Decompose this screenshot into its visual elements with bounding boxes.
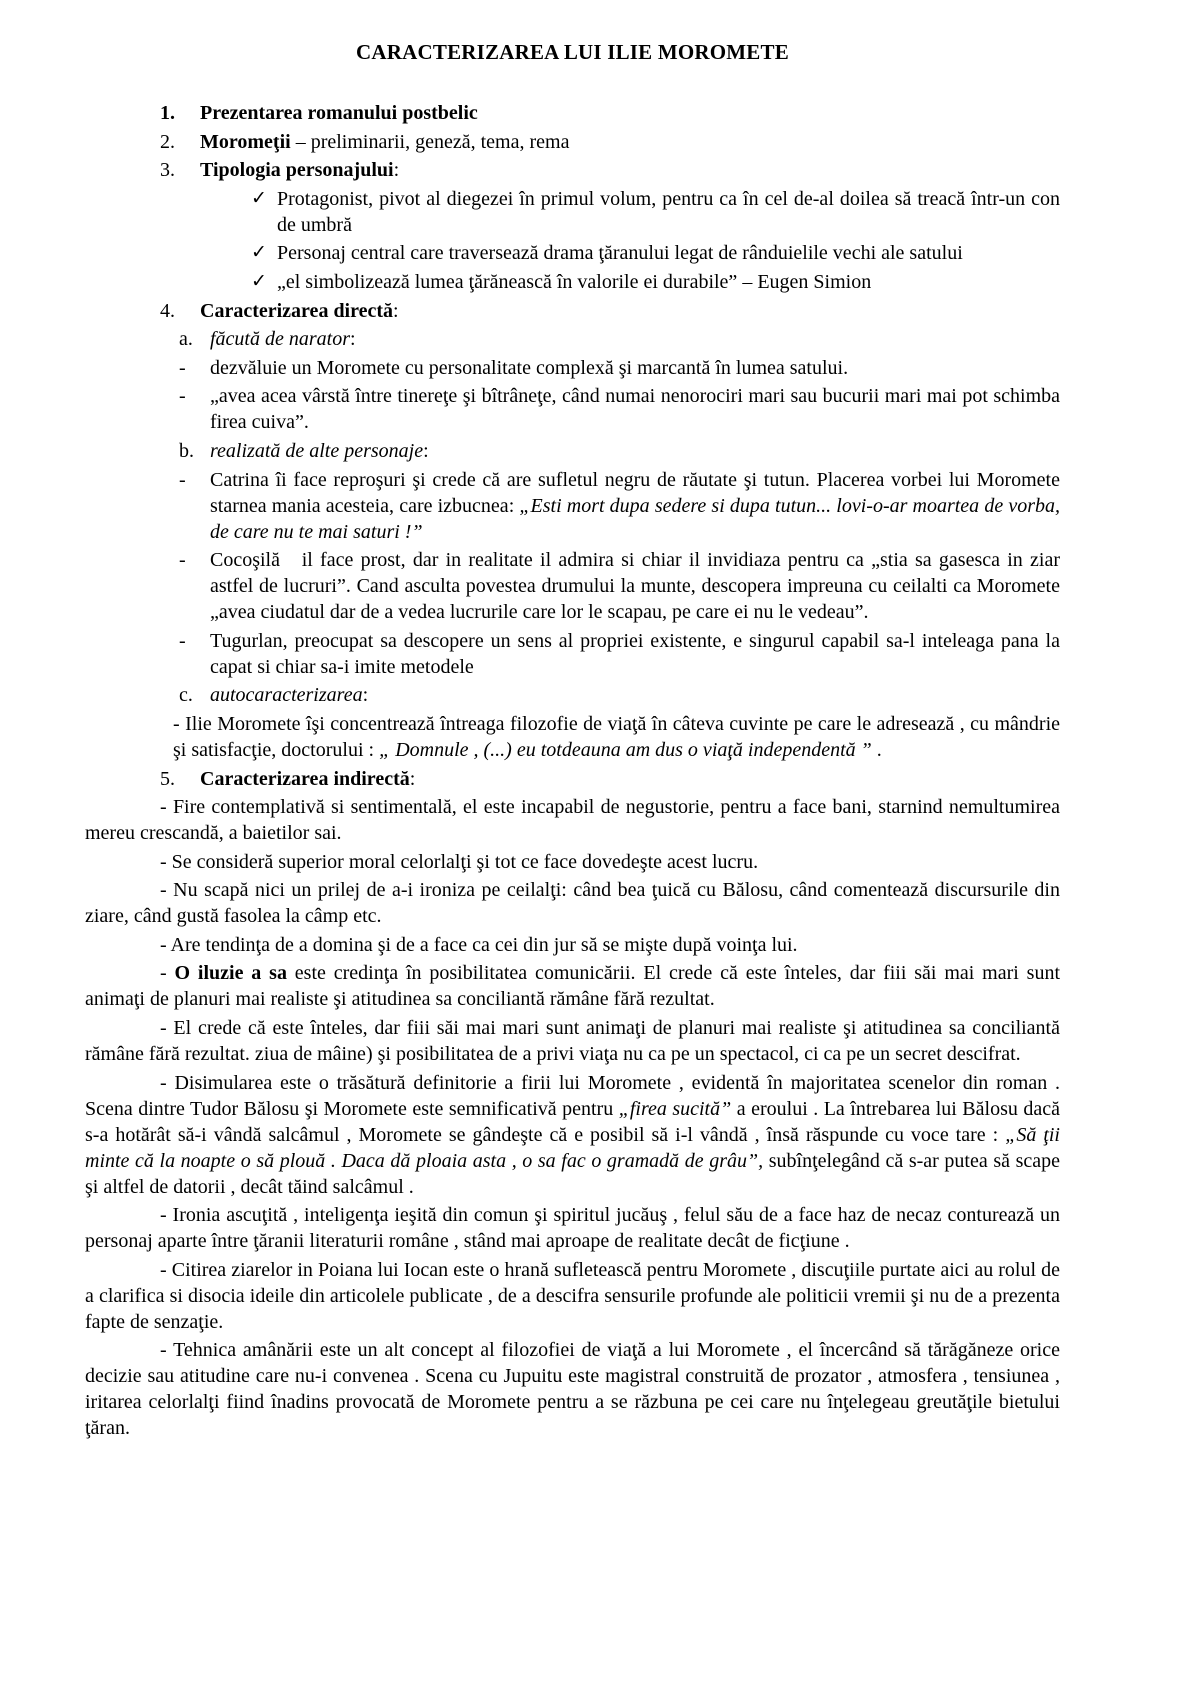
text-run: - Citirea ziarelor in Poiana lui Iocan e… [85,1259,1060,1333]
list-marker: 4. [160,298,175,324]
numbered-list-item: 1.Prezentarea romanului postbelic [85,100,1060,126]
text-run: : [393,300,399,322]
text-run: Personaj central care traversează drama … [277,242,963,264]
text-run: O iluzie a sa [175,962,287,984]
indented-paragraph: - Ilie Moromete îşi concentrează întreag… [173,711,1060,763]
list-marker: 1. [160,100,175,126]
text-run: : [363,684,369,706]
body-paragraph: - Disimularea este o trăsătură definitor… [85,1070,1060,1200]
text-run: - Are tendinţa de a domina şi de a face … [160,934,798,956]
checkmark-icon: ✓ [251,240,267,266]
text-run: Cocoşilă il face prost, dar in realitate… [210,549,1060,623]
letter-list-item: c.autocaracterizarea: [85,682,1060,708]
text-run: – preliminarii, geneză, tema, rema [296,131,570,153]
text-run: - [160,962,175,984]
numbered-list-item: 3.Tipologia personajului: [85,157,1060,183]
list-marker: b. [179,438,194,464]
dash-list-item: -dezvăluie un Moromete cu personalitate … [85,355,1060,381]
list-marker: - [179,355,186,381]
dash-list-item: -„avea acea vârstă între tinereţe şi bît… [85,383,1060,435]
checkmark-icon: ✓ [251,269,267,295]
list-marker: 5. [160,766,175,792]
text-run: - El crede că este înteles, dar fiii săi… [85,1017,1060,1065]
body-paragraph: - Fire contemplativă si sentimentală, el… [85,794,1060,846]
text-run: - Se consideră superior moral celorlalţi… [160,851,758,873]
body-paragraph: - Nu scapă nici un prilej de a-i ironiza… [85,877,1060,929]
text-run: Tugurlan, preocupat sa descopere un sens… [210,630,1060,678]
list-marker: 3. [160,157,175,183]
dash-list-item: -Tugurlan, preocupat sa descopere un sen… [85,628,1060,680]
text-run: : [350,328,356,350]
text-run: - Ironia ascuţită , inteligenţa ieşită d… [85,1204,1060,1252]
text-run: Tipologia personajului [200,159,394,181]
body-paragraph: - O iluzie a sa este credinţa în posibil… [85,960,1060,1012]
text-run: „el simbolizează lumea ţărănească în val… [277,271,871,293]
text-run: Caracterizarea indirectă [200,768,410,790]
text-run: . [872,739,882,761]
body-paragraph: - El crede că este înteles, dar fiii săi… [85,1015,1060,1067]
numbered-list-item: 4.Caracterizarea directă: [85,298,1060,324]
list-marker: 2. [160,129,175,155]
text-run: : [423,440,429,462]
check-list-item: ✓„el simbolizează lumea ţărănească în va… [85,269,1060,295]
check-list-item: ✓Personaj central care traversează drama… [85,240,1060,266]
document-title: CARACTERIZAREA LUI ILIE MOROMETE [85,38,1060,66]
text-run: - Tehnica amânării este un alt concept a… [85,1339,1060,1439]
body-paragraph: - Are tendinţa de a domina şi de a face … [85,932,1060,958]
numbered-list-item: 5.Caracterizarea indirectă: [85,766,1060,792]
list-marker: c. [179,682,193,708]
list-marker: - [179,383,186,409]
checkmark-icon: ✓ [251,186,267,212]
text-run: Moromeţii [200,131,296,153]
letter-list-item: b.realizată de alte personaje: [85,438,1060,464]
text-run: Protagonist, pivot al diegezei în primul… [277,188,1060,236]
letter-list-item: a.făcută de narator: [85,326,1060,352]
text-run: autocaracterizarea [210,684,363,706]
text-run: „avea acea vârstă între tinereţe şi bîtr… [210,385,1060,433]
text-run: realizată de alte personaje [210,440,423,462]
dash-list-item: -Catrina îi face reproşuri şi crede că a… [85,467,1060,545]
text-run: dezvăluie un Moromete cu personalitate c… [210,357,848,379]
text-run: Prezentarea romanului postbelic [200,102,478,124]
text-run: „firea sucită” [619,1098,732,1120]
text-run: : [410,768,416,790]
body-paragraph: - Tehnica amânării este un alt concept a… [85,1337,1060,1441]
text-run: : [394,159,400,181]
list-marker: - [179,547,186,573]
document-body: 1.Prezentarea romanului postbelic2.Morom… [85,100,1060,1441]
list-marker: - [179,628,186,654]
numbered-list-item: 2.Moromeţii – preliminarii, geneză, tema… [85,129,1060,155]
list-marker: a. [179,326,193,352]
body-paragraph: - Citirea ziarelor in Poiana lui Iocan e… [85,1257,1060,1335]
text-run: - Nu scapă nici un prilej de a-i ironiza… [85,879,1060,927]
document-page: CARACTERIZAREA LUI ILIE MOROMETE 1.Preze… [0,0,1200,1698]
body-paragraph: - Se consideră superior moral celorlalţi… [85,849,1060,875]
body-paragraph: - Ironia ascuţită , inteligenţa ieşită d… [85,1202,1060,1254]
document-content: CARACTERIZAREA LUI ILIE MOROMETE 1.Preze… [85,38,1060,1444]
list-marker: - [179,467,186,493]
dash-list-item: -Cocoşilă il face prost, dar in realitat… [85,547,1060,625]
text-run: „ Domnule , (...) eu totdeauna am dus o … [379,739,872,761]
text-run: Caracterizarea directă [200,300,393,322]
check-list-item: ✓Protagonist, pivot al diegezei în primu… [85,186,1060,238]
text-run: - Fire contemplativă si sentimentală, el… [85,796,1060,844]
text-run: făcută de narator [210,328,350,350]
